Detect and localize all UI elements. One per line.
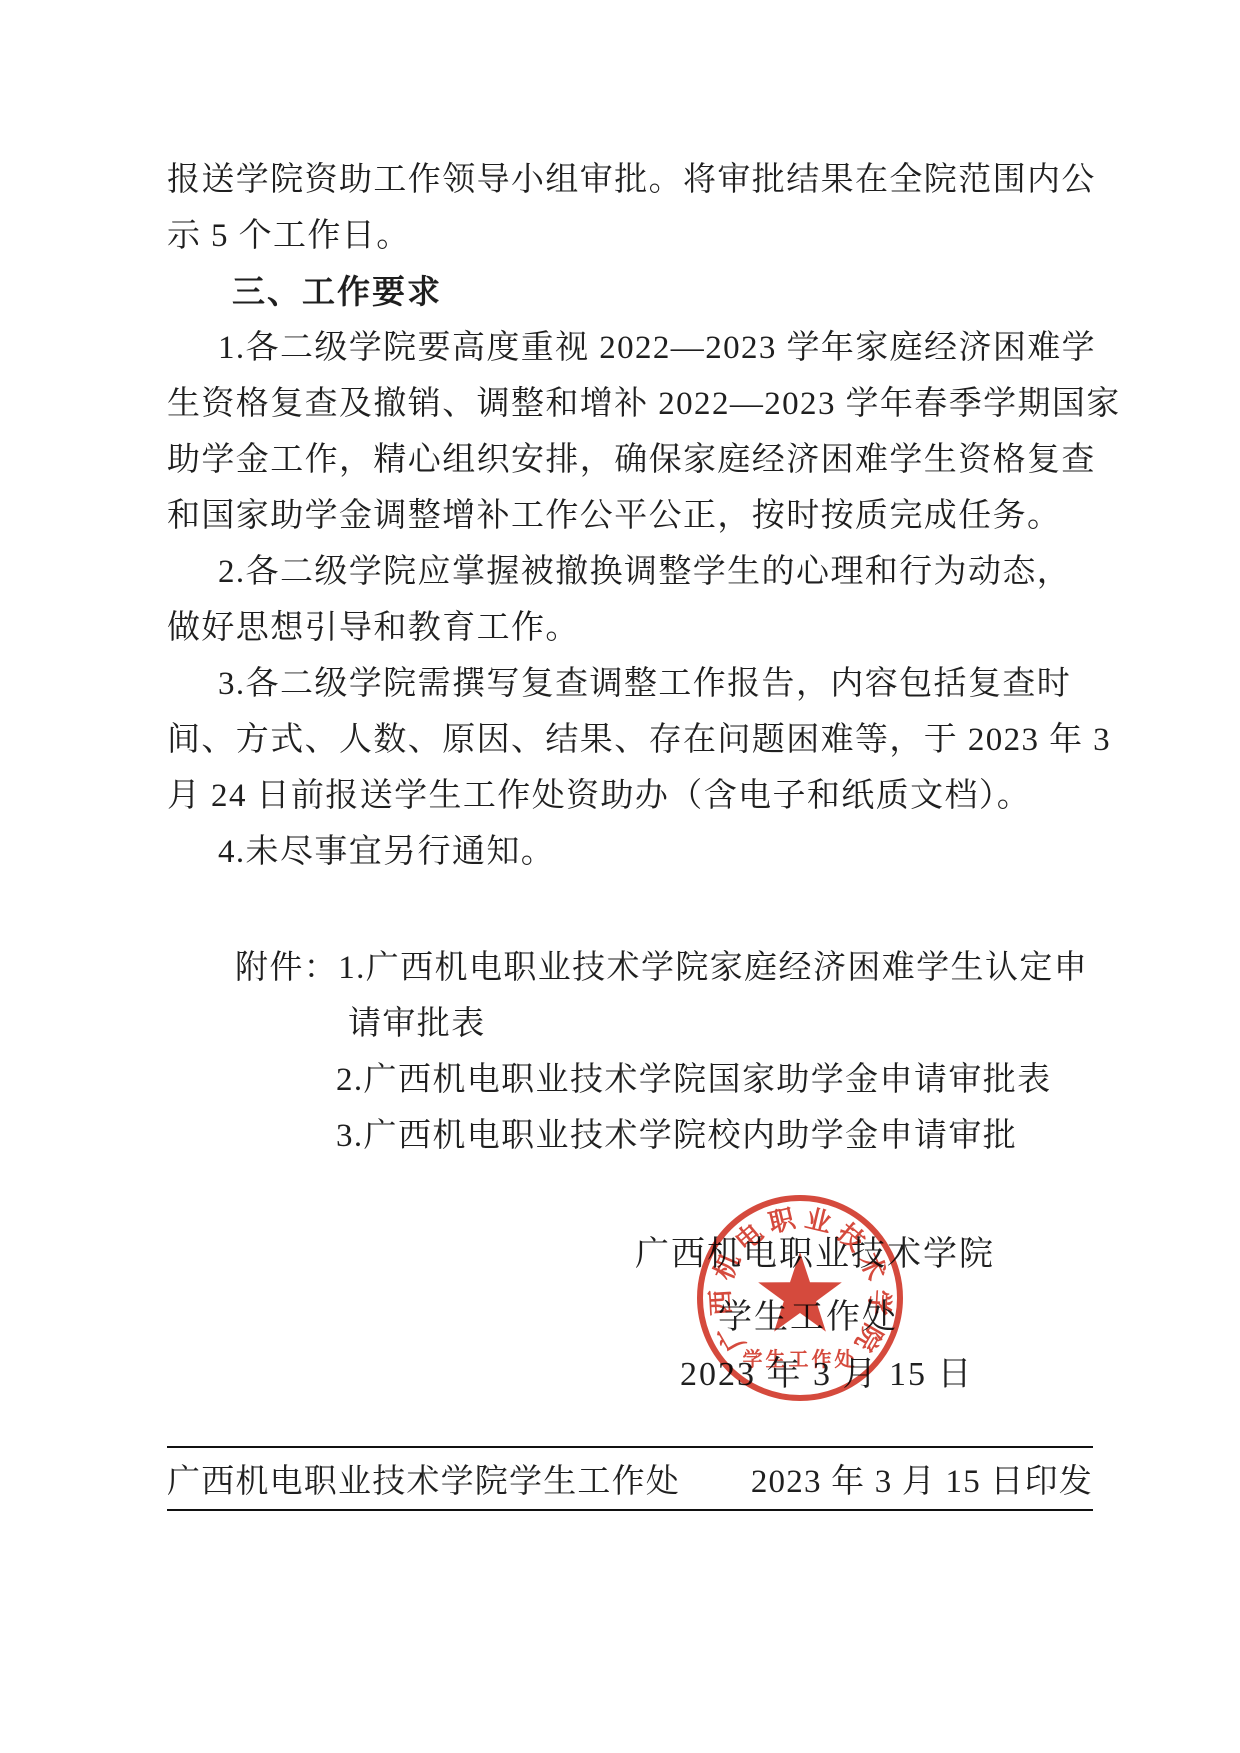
body-line: 和国家助学金调整增补工作公平公正，按时按质完成任务。: [167, 488, 1093, 544]
body-line: 生资格复查及撤销、调整和增补 2022—2023 学年春季学期国家: [167, 376, 1093, 432]
footer-print-date: 2023 年 3 月 15 日印发: [751, 1455, 1093, 1502]
seal-arc-char: 机: [708, 1249, 746, 1285]
seal-arc-char: 西: [706, 1289, 736, 1317]
body-line: 2.各二级学院应掌握被撤换调整学生的心理和行为动态，: [167, 544, 1093, 600]
footer-issuer: 广西机电职业技术学院学生工作处: [167, 1455, 680, 1502]
body-line: 示 5 个工作日。: [167, 208, 1093, 264]
section-heading: 三、工作要求: [167, 264, 1093, 320]
document-page: 报送学院资助工作领导小组审批。将审批结果在全院范围内公 示 5 个工作日。 三、…: [0, 0, 1240, 1753]
seal-bottom-text: 学生工作处: [743, 1347, 858, 1371]
attachment-item: 请审批表: [167, 996, 1093, 1052]
footer: 广西机电职业技术学院学生工作处 2023 年 3 月 15 日印发: [167, 1446, 1093, 1511]
seal-arc-char: 学: [864, 1289, 894, 1317]
attachment-item: 2.广西机电职业技术学院国家助学金申请审批表: [167, 1052, 1093, 1108]
body-line: 报送学院资助工作领导小组审批。将审批结果在全院范围内公: [167, 152, 1093, 208]
body-line: 助学金工作，精心组织安排，确保家庭经济困难学生资格复查: [167, 432, 1093, 488]
body-line: 间、方式、人数、原因、结果、存在问题困难等，于 2023 年 3: [167, 712, 1093, 768]
seal-arc-char: 术: [854, 1248, 891, 1284]
attachment-item: 3.广西机电职业技术学院校内助学金申请审批: [167, 1108, 1093, 1164]
body-line: 4.未尽事宜另行通知。: [167, 824, 1093, 880]
body-line: 做好思想引导和教育工作。: [167, 600, 1093, 656]
attachment-label-line: 附件：1.广西机电职业技术学院家庭经济困难学生认定申: [167, 940, 1093, 996]
body-text: 报送学院资助工作领导小组审批。将审批结果在全院范围内公 示 5 个工作日。 三、…: [167, 152, 1093, 880]
body-line: 3.各二级学院需撰写复查调整工作报告，内容包括复查时: [167, 656, 1093, 712]
body-line: 1.各二级学院要高度重视 2022—2023 学年家庭经济困难学: [167, 320, 1093, 376]
seal-star-icon: [758, 1252, 842, 1332]
seal-arc-char: 职: [766, 1204, 799, 1238]
attachments-block: 附件：1.广西机电职业技术学院家庭经济困难学生认定申 请审批表 2.广西机电职业…: [167, 940, 1093, 1164]
official-seal: 广 西 机 电 职 业 技 术 学 院 学生工作处: [690, 1188, 910, 1408]
seal-arc-char: 业: [802, 1204, 834, 1238]
body-line: 月 24 日前报送学生工作处资助办（含电子和纸质文档）。: [167, 768, 1093, 824]
